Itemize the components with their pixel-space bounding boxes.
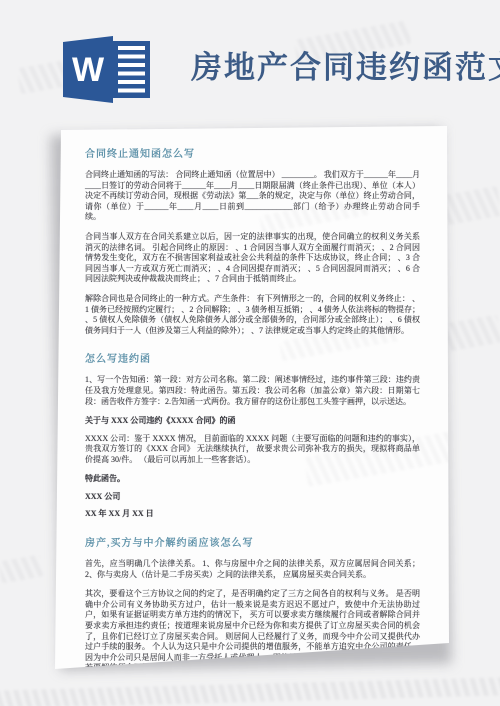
page: W 房地产合同违约函范文 合同终止通知函怎么写 合同终止通知函的写法： 合同终止…: [0, 0, 500, 706]
document-content: 合同终止通知函怎么写 合同终止通知函的写法： 合同终止通知函（位置居中） ___…: [55, 126, 449, 694]
word-icon: W: [63, 36, 155, 103]
page-title: 房地产合同违约函范文: [191, 42, 500, 87]
paragraph: 首先，应当明确几个法律关系。 1、你与房屋中介之间的法律关系，双方应属居间合同关…: [85, 559, 420, 580]
letter-closing-date: XX 年 XX 月 XX 日: [85, 509, 420, 520]
word-icon-document-lines: [113, 41, 150, 98]
section-heading: 怎么写违约函: [85, 350, 420, 365]
paragraph: 合同终止通知函的写法： 合同终止通知函（位置居中） ________。 我们双方…: [85, 170, 420, 223]
section-heading: 房产,买方与中介解约函应该怎么写: [85, 534, 420, 549]
document-page: 合同终止通知函怎么写 合同终止通知函的写法： 合同终止通知函（位置居中） ___…: [55, 126, 449, 669]
paragraph: 合同当事人双方在合同关系建立以后，因一定的法律事实的出现，使合同确立的权利义务关…: [85, 232, 420, 285]
word-icon-flap: W: [63, 36, 113, 103]
paragraph: 其次，要看这个三方协议之间的约定了，是否明确约定了三方之间各自的权利与义务。 是…: [85, 589, 420, 684]
word-icon-letter: W: [72, 53, 104, 87]
letter-closing-company: XXX 公司: [85, 492, 420, 503]
watermark: [0, 555, 44, 584]
letter-subject-line: 关于与 XXX 公司违约《XXXX 合同》的函: [85, 416, 420, 427]
watermark: [0, 677, 500, 706]
paragraph: 1、写一个告知函：第一段：对方公司名称。第二段：阐述事情经过，违约事件第三段：违…: [85, 375, 420, 407]
section-heading: 合同终止通知函怎么写: [85, 145, 420, 160]
